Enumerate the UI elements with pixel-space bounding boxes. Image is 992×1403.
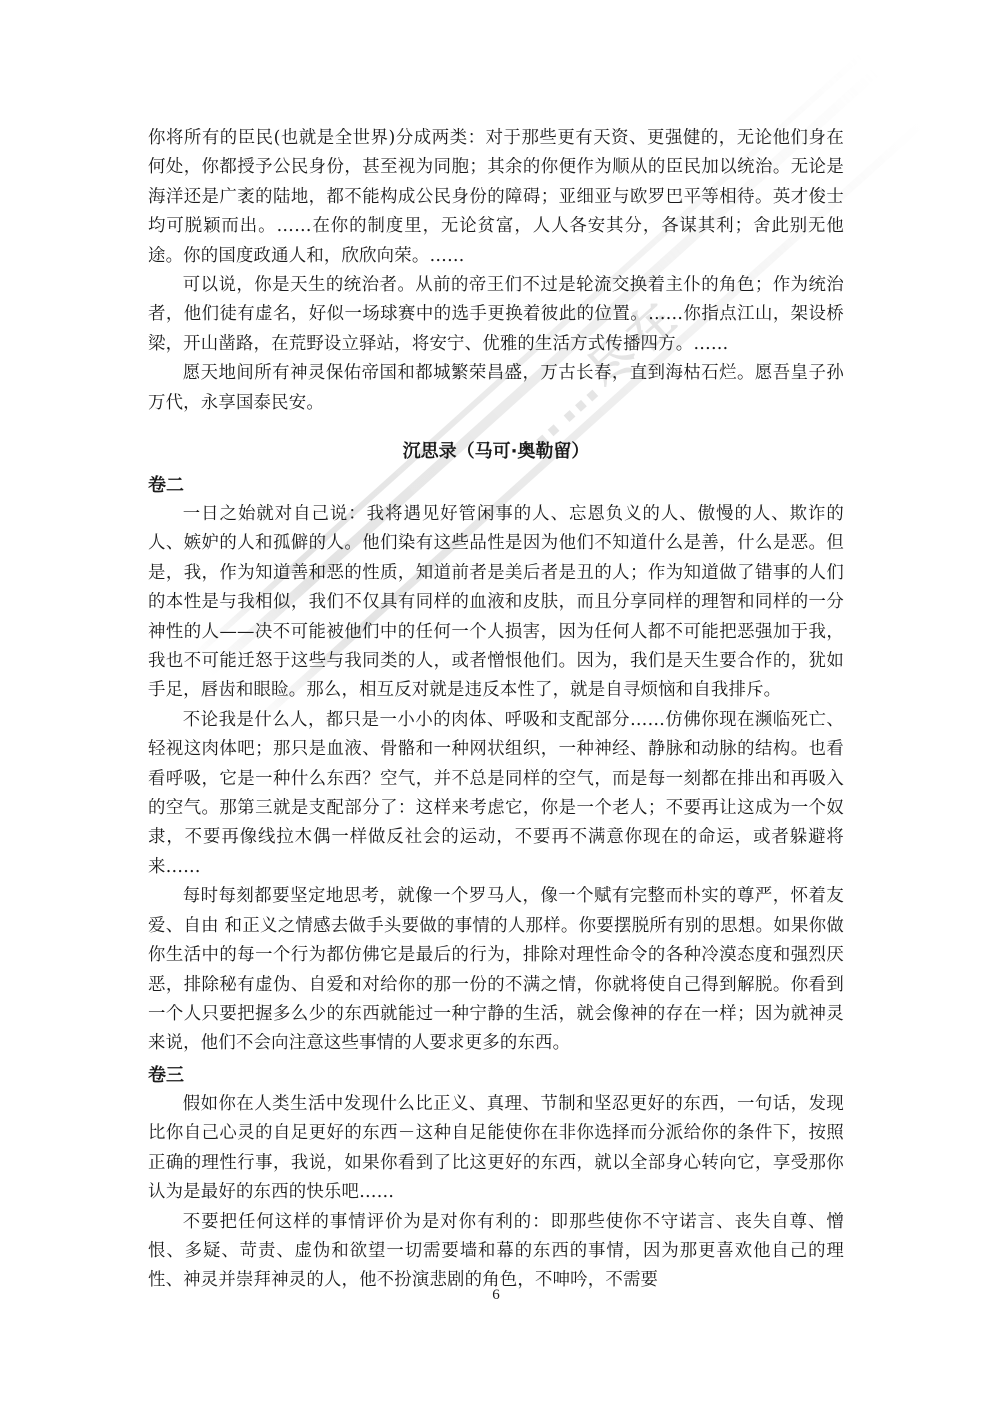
intro-section: 你将所有的臣民(也就是全世界)分成两类：对于那些更有天资、更强健的，无论他们身在… — [148, 124, 844, 418]
volume-heading: 卷三 — [148, 1062, 844, 1090]
volume-3-section: 卷三 假如你在人类生活中发现什么比正义、真理、节制和坚忍更好的东西，一句话，发现… — [148, 1062, 844, 1296]
section-title: 沉思录（马可·奥勒留） — [148, 438, 844, 466]
volume-2-section: 卷二 一日之始就对自己说：我将遇见好管闲事的人、忘恩负义的人、傲慢的人、欺诈的人… — [148, 472, 844, 1059]
body-paragraph: 一日之始就对自己说：我将遇见好管闲事的人、忘恩负义的人、傲慢的人、欺诈的人、嫉妒… — [148, 500, 844, 706]
intro-paragraph: 可以说，你是天生的统治者。从前的帝王们不过是轮流交换着主仆的角色；作为统治者，他… — [148, 271, 844, 359]
volume-heading: 卷二 — [148, 472, 844, 500]
body-paragraph: 每时每刻都要坚定地思考，就像一个罗马人，像一个赋有完整而朴实的尊严，怀着友爱、自… — [148, 882, 844, 1058]
body-paragraph: 不论我是什么人，都只是一小小的肉体、呼吸和支配部分……仿佛你现在濒临死亡、轻视这… — [148, 706, 844, 882]
body-paragraph: 不要把任何这样的事情评价为是对你有利的：即那些使你不守诺言、丧失自尊、憎恨、多疑… — [148, 1208, 844, 1296]
body-paragraph: 假如你在人类生活中发现什么比正义、真理、节制和坚忍更好的东西，一句话，发现比你自… — [148, 1090, 844, 1208]
intro-paragraph: 你将所有的臣民(也就是全世界)分成两类：对于那些更有天资、更强健的，无论他们身在… — [148, 124, 844, 271]
intro-paragraph: 愿天地间所有神灵保佑帝国和都城繁荣昌盛，万古长春，直到海枯石烂。愿吾皇子孙万代，… — [148, 359, 844, 418]
